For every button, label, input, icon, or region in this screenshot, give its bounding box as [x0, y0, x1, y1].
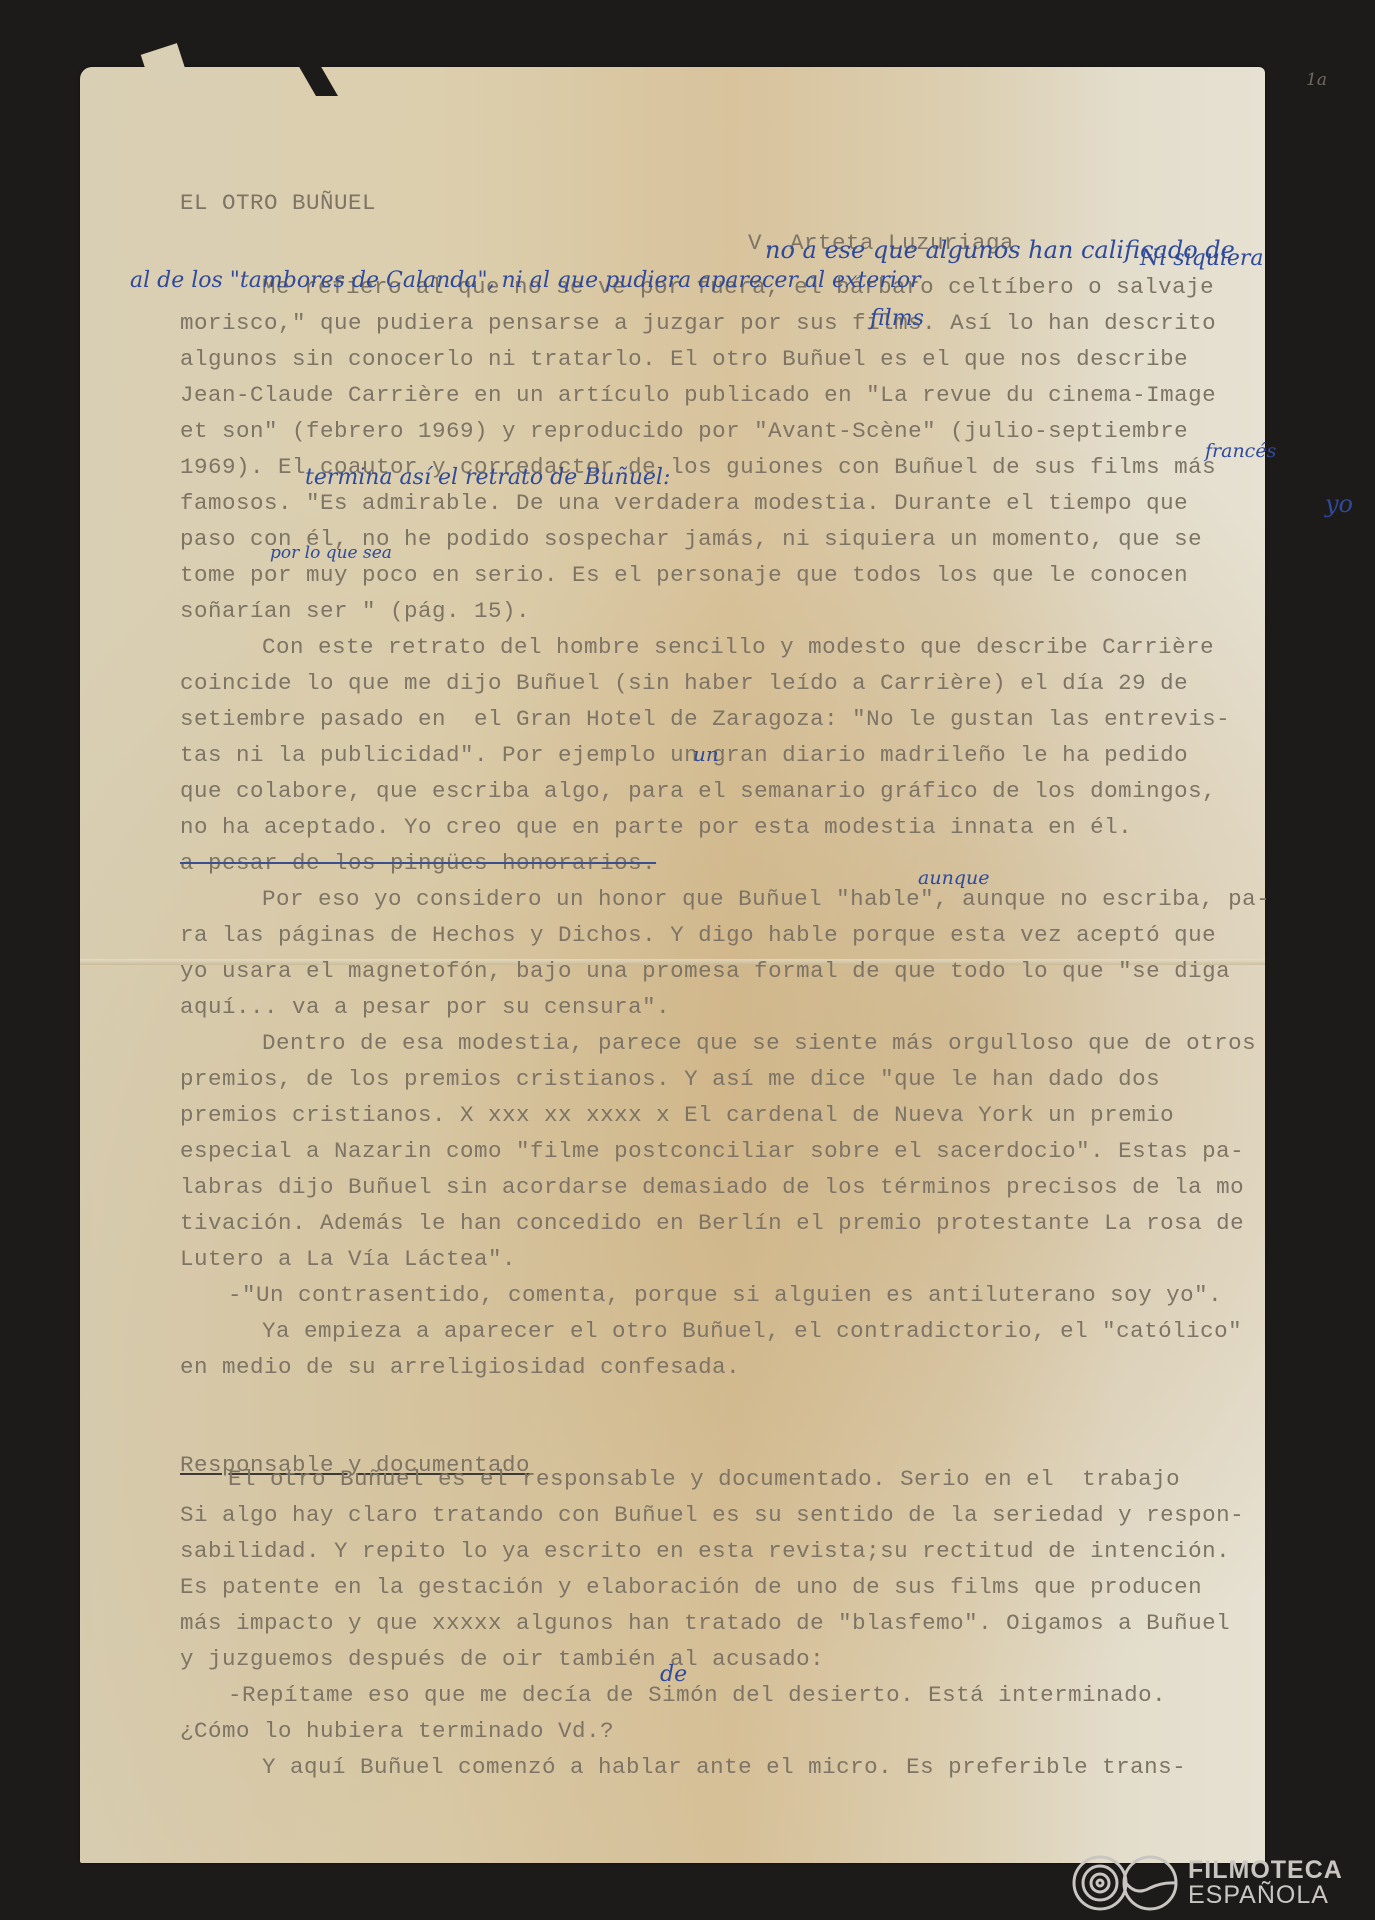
text-line: Con este retrato del hombre sencillo y m…	[262, 634, 1214, 660]
logo-wordmark: FILMOTECA ESPAÑOLA	[1188, 1858, 1343, 1908]
text-line: et son" (febrero 1969) y reproducido por…	[180, 418, 1188, 444]
page-number-note: 1a	[1306, 70, 1327, 90]
handwritten-note: francés	[1205, 440, 1276, 462]
text-line: y juzguemos después de oir también al ac…	[180, 1646, 824, 1672]
text-line: no ha aceptado. Yo creo que en parte por…	[180, 814, 1132, 840]
text-line: famosos. "Es admirable. De una verdadera…	[180, 490, 1188, 516]
text-line: coincide lo que me dijo Buñuel (sin habe…	[180, 670, 1188, 696]
text-line: sabilidad. Y repito lo ya escrito en est…	[180, 1538, 1230, 1564]
text-line: Es patente en la gestación y elaboración…	[180, 1574, 1202, 1600]
handwritten-note: de	[660, 1662, 687, 1687]
text-line: tas ni la publicidad". Por ejemplo un gr…	[180, 742, 1188, 768]
text-line: El otro Buñuel es el responsable y docum…	[228, 1466, 1180, 1492]
text-line: en medio de su arreligiosidad confesada.	[180, 1354, 740, 1380]
text-line: Lutero a La Vía Láctea".	[180, 1246, 516, 1272]
text-line: Jean-Claude Carrière en un artículo publ…	[180, 382, 1216, 408]
text-line: tome por muy poco en serio. Es el person…	[180, 562, 1188, 588]
text-line: soñarían ser " (pág. 15).	[180, 598, 530, 624]
text-line: ¿Cómo lo hubiera terminado Vd.?	[180, 1718, 614, 1744]
text-line: Ya empieza a aparecer el otro Buñuel, el…	[262, 1318, 1242, 1344]
text-line: -"Un contrasentido, comenta, porque si a…	[228, 1282, 1222, 1308]
text-line: -Repítame eso que me decía de Simón del …	[228, 1682, 1166, 1708]
text-line: que colabore, que escriba algo, para el …	[180, 778, 1216, 804]
text-line: algunos sin conocerlo ni tratarlo. El ot…	[180, 346, 1188, 372]
text-line: morisco," que pudiera pensarse a juzgar …	[180, 310, 1216, 336]
document-title: EL OTRO BUÑUEL	[180, 190, 376, 216]
text-line: premios cristianos. X xxx xx xxxx x El c…	[180, 1102, 1174, 1128]
text-line: Por eso yo considero un honor que Buñuel…	[262, 886, 1270, 912]
text-line: premios, de los premios cristianos. Y as…	[180, 1066, 1160, 1092]
text-line: setiembre pasado en el Gran Hotel de Zar…	[180, 706, 1230, 732]
handwritten-note: termina así el retrato de Buñuel:	[305, 465, 670, 490]
text-line: más impacto y que xxxxx algunos han trat…	[180, 1610, 1230, 1636]
text-line: a pesar de los pingües honorarios.	[180, 850, 656, 876]
text-line: ra las páginas de Hechos y Dichos. Y dig…	[180, 922, 1216, 948]
logo-line-2: ESPAÑOLA	[1188, 1883, 1343, 1908]
text-line: yo usara el magnetofón, bajo una promesa…	[180, 958, 1230, 984]
handwritten-note: yo	[1325, 490, 1353, 518]
handwritten-note: un	[693, 742, 719, 766]
logo-line-1: FILMOTECA	[1188, 1858, 1343, 1883]
handwritten-note: Ni siquiera	[1140, 246, 1264, 271]
filmoteca-logo: FILMOTECA ESPAÑOLA	[1070, 1852, 1343, 1914]
handwritten-note: por lo que sea	[270, 543, 392, 563]
text-line: tivación. Además le han concedido en Ber…	[180, 1210, 1244, 1236]
handwritten-note: al de los "tambores de Calanda", ni al q…	[130, 268, 921, 293]
text-line: Si algo hay claro tratando con Buñuel es…	[180, 1502, 1244, 1528]
handwritten-note: films	[870, 306, 924, 331]
text-line: Dentro de esa modestia, parece que se si…	[262, 1030, 1256, 1056]
handwritten-note: aunque	[918, 867, 989, 889]
text-line: especial a Nazarin como "filme postconci…	[180, 1138, 1244, 1164]
text-line: labras dijo Buñuel sin acordarse demasia…	[180, 1174, 1244, 1200]
text-line: Y aquí Buñuel comenzó a hablar ante el m…	[262, 1754, 1186, 1780]
spiral-logo-icon	[1070, 1852, 1180, 1914]
text-line: aquí... va a pesar por su censura".	[180, 994, 670, 1020]
